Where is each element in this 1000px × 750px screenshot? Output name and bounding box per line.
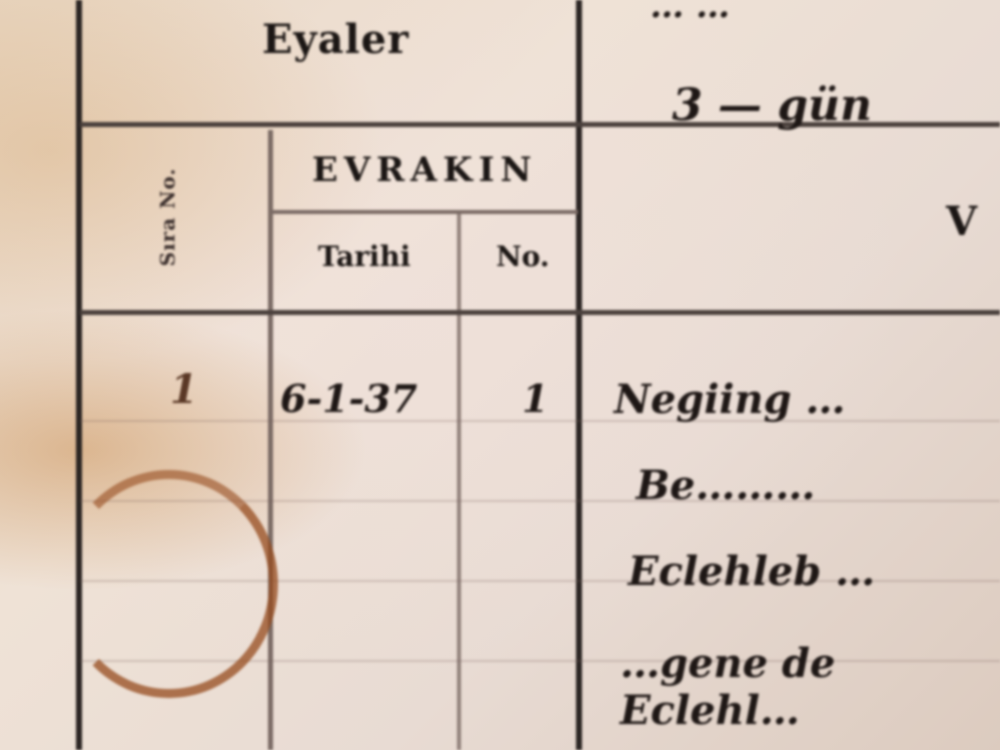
row-description-line-4: …gene de Eclehl… bbox=[620, 640, 1000, 734]
row-no-column-rule bbox=[268, 130, 273, 750]
main-column-rule bbox=[576, 0, 582, 750]
header-label-eyaler: Eyaler bbox=[262, 16, 409, 63]
evrak-subheader-rule bbox=[272, 210, 578, 214]
column-label-number: No. bbox=[496, 240, 550, 273]
row-document-number: 1 bbox=[522, 376, 548, 421]
row-description-line-1: Negiing … bbox=[614, 376, 845, 423]
column-label-date: Tarihi bbox=[318, 240, 411, 273]
handwriting-top-right-line1: … … bbox=[650, 0, 730, 26]
row-description-line-2: Be……… bbox=[636, 462, 815, 509]
column-label-v: V bbox=[946, 198, 979, 245]
handwriting-top-right-line2: 3 — gün bbox=[672, 80, 872, 131]
column-header-bottom-rule bbox=[80, 310, 1000, 315]
date-number-divider-rule bbox=[457, 212, 461, 750]
column-label-row-no: Sıra No. bbox=[155, 168, 179, 267]
ink-stain-mark bbox=[60, 470, 278, 698]
row-number: 1 bbox=[170, 366, 198, 413]
row-description-line-3: Eclehleb … bbox=[628, 548, 875, 595]
row-date: 6-1-37 bbox=[280, 376, 417, 421]
column-group-label-evrak: EVRAKIN bbox=[312, 150, 537, 190]
